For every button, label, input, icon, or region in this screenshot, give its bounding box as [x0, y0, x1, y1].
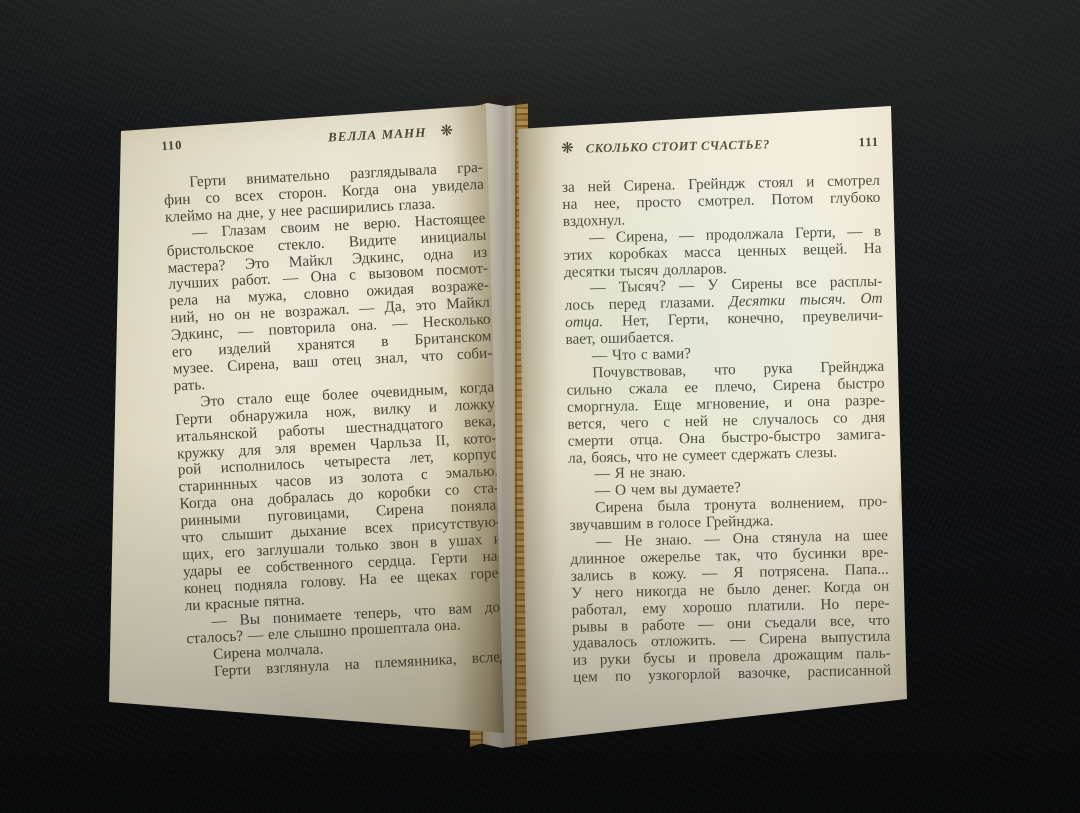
- left-page-body: Герти внимательно разглядывала гра-фин с…: [163, 160, 508, 683]
- right-running-head-group: ❋ СКОЛЬКО СТОИТ СЧАСТЬЕ?: [561, 137, 770, 157]
- left-running-head-group: ВЕЛЛА МАНН ❋: [328, 122, 482, 146]
- right-page-text: ❋ СКОЛЬКО СТОИТ СЧАСТЬЕ? 111 за ней Сире…: [561, 135, 891, 687]
- right-page: ❋ СКОЛЬКО СТОИТ СЧАСТЬЕ? 111 за ней Сире…: [512, 100, 912, 746]
- left-page-text: 110 ВЕЛЛА МАНН ❋ Герти внимательно разгл…: [161, 122, 508, 683]
- right-running-header: ❋ СКОЛЬКО СТОИТ СЧАСТЬЕ? 111: [561, 135, 879, 160]
- left-page-number: 110: [161, 138, 183, 154]
- left-running-head: ВЕЛЛА МАНН: [328, 125, 427, 146]
- left-page: 110 ВЕЛЛА МАНН ❋ Герти внимательно разгл…: [105, 98, 509, 740]
- left-running-header: 110 ВЕЛЛА МАНН ❋: [161, 122, 482, 156]
- photo-backdrop: 110 ВЕЛЛА МАНН ❋ Герти внимательно разгл…: [0, 0, 1080, 813]
- right-running-head: СКОЛЬКО СТОИТ СЧАСТЬЕ?: [586, 137, 770, 156]
- asterisk-ornament-icon: ❋: [440, 124, 453, 140]
- open-book: 110 ВЕЛЛА МАНН ❋ Герти внимательно разгл…: [0, 0, 1080, 813]
- gutter-seam-right: [515, 103, 517, 748]
- asterisk-ornament-icon: ❋: [561, 142, 574, 157]
- right-page-body: за ней Сирена. Грейндж стоял и смотрелна…: [562, 173, 891, 687]
- right-page-number: 111: [859, 135, 880, 150]
